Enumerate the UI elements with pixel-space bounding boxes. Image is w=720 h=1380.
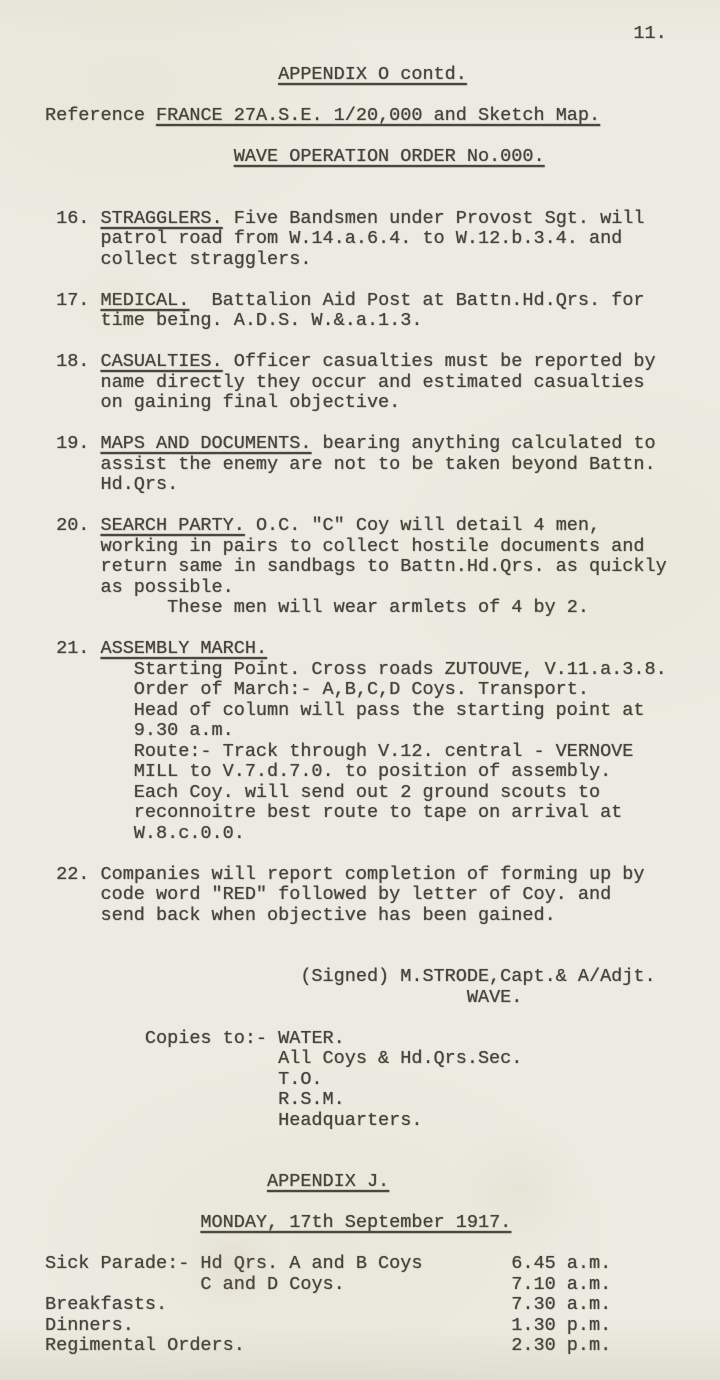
order-number: 19.: [56, 433, 89, 454]
appendix-o-heading-text: APPENDIX O contd.: [278, 64, 467, 85]
order-text: bearing anything calculated to: [311, 433, 655, 454]
order-text-line: W.8.c.0.0.: [101, 824, 715, 845]
schedule-item-label: Dinners.: [45, 1316, 511, 1337]
order-heading: CASUALTIES.: [101, 351, 223, 372]
order-heading: MAPS AND DOCUMENTS.: [101, 433, 312, 454]
order-item: 20. SEARCH PARTY. O.C. "C" Coy will deta…: [45, 516, 714, 619]
order-item: 21. ASSEMBLY MARCH. Starting Point. Cros…: [45, 639, 714, 844]
order-text: Officer casualties must be reported by: [223, 351, 656, 372]
reference-map: FRANCE 27A.S.E. 1/20,000 and Sketch Map.: [156, 105, 600, 126]
copies-first-line: Copies to:- WATER.: [145, 1029, 714, 1050]
copies-block: Copies to:- WATER. All Coys & Hd.Qrs.Sec…: [45, 1029, 714, 1132]
order-text-line: send back when objective has been gained…: [101, 906, 715, 927]
schedule-time: 1.30 p.m.: [511, 1315, 611, 1336]
order-text-line: time being. A.D.S. W.&.a.1.3.: [101, 311, 715, 332]
order-number: 16.: [56, 208, 89, 229]
order-heading: SEARCH PARTY.: [101, 515, 245, 536]
order-item: 19. MAPS AND DOCUMENTS. bearing anything…: [45, 434, 714, 496]
document-page: 11. APPENDIX O contd. Reference FRANCE 2…: [0, 0, 720, 1380]
order-text-line: working in pairs to collect hostile docu…: [101, 537, 715, 558]
schedule-time: 7.10 a.m.: [511, 1274, 611, 1295]
copies-recipient: T.O.: [278, 1070, 714, 1091]
order-text-line: as possible.: [101, 578, 715, 599]
order-first-line: 16. STRAGGLERS. Five Bandsmen under Prov…: [56, 209, 714, 230]
orders-list: 16. STRAGGLERS. Five Bandsmen under Prov…: [45, 209, 714, 927]
order-text-line: Starting Point. Cross roads ZUTOUVE, V.1…: [101, 660, 715, 681]
order-item: 18. CASUALTIES. Officer casualties must …: [45, 352, 714, 414]
order-number: 22.: [56, 864, 89, 885]
signature-block: (Signed) M.STRODE,Capt.& A/Adjt. WAVE.: [45, 967, 714, 1008]
copies-label: Copies to:-: [145, 1028, 278, 1049]
reference-label: Reference: [45, 105, 156, 126]
appendix-j-heading: APPENDIX J.: [267, 1172, 714, 1193]
copies-recipient: All Coys & Hd.Qrs.Sec.: [278, 1049, 714, 1070]
order-item: 17. MEDICAL. Battalion Aid Post at Battn…: [45, 291, 714, 332]
schedule-item-label: C and D Coys.: [45, 1275, 511, 1296]
signature-unit: WAVE.: [467, 988, 714, 1009]
order-text-line: patrol road from W.14.a.6.4. to W.12.b.3…: [101, 229, 715, 250]
order-first-line: 19. MAPS AND DOCUMENTS. bearing anything…: [56, 434, 714, 455]
order-item: 16. STRAGGLERS. Five Bandsmen under Prov…: [45, 209, 714, 271]
order-first-line: 22. Companies will report completion of …: [56, 865, 714, 886]
order-first-line: 17. MEDICAL. Battalion Aid Post at Battn…: [56, 291, 714, 312]
schedule-row: Dinners.1.30 p.m.: [45, 1316, 714, 1337]
order-item: 22. Companies will report completion of …: [45, 865, 714, 927]
copies-recipient: WATER.: [278, 1028, 345, 1049]
order-text-line: on gaining final objective.: [101, 393, 715, 414]
order-text-line: reconnoitre best route to tape on arriva…: [101, 803, 715, 824]
order-text-line: Route:- Track through V.12. central - VE…: [101, 742, 715, 763]
schedule-time: 6.45 a.m.: [511, 1253, 611, 1274]
order-text-line: code word "RED" followed by letter of Co…: [101, 885, 715, 906]
order-text-line: 9.30 a.m.: [101, 721, 715, 742]
order-text-line: Order of March:- A,B,C,D Coys. Transport…: [101, 680, 715, 701]
appendix-o-heading: APPENDIX O contd.: [278, 65, 714, 86]
order-text: Five Bandsmen under Provost Sgt. will: [223, 208, 645, 229]
schedule-table: Sick Parade:- Hd Qrs. A and B Coys6.45 a…: [45, 1254, 714, 1357]
order-heading: MEDICAL.: [101, 290, 190, 311]
order-number: 21.: [56, 638, 89, 659]
order-text: Companies will report completion of form…: [101, 864, 645, 885]
appendix-j-heading-text: APPENDIX J.: [267, 1171, 389, 1192]
order-heading: STRAGGLERS.: [101, 208, 223, 229]
schedule-item-label: Breakfasts.: [45, 1295, 511, 1316]
order-text-line: collect stragglers.: [101, 250, 715, 271]
order-first-line: 18. CASUALTIES. Officer casualties must …: [56, 352, 714, 373]
schedule-item-label: Sick Parade:- Hd Qrs. A and B Coys: [45, 1254, 511, 1275]
schedule-row: Sick Parade:- Hd Qrs. A and B Coys6.45 a…: [45, 1254, 714, 1275]
order-text: O.C. "C" Coy will detail 4 men,: [245, 515, 600, 536]
schedule-time: 2.30 p.m.: [511, 1335, 611, 1356]
order-text-line: MILL to V.7.d.7.0. to position of assemb…: [101, 762, 715, 783]
order-text-line: assist the enemy are not to be taken bey…: [101, 455, 715, 476]
operation-order-heading: WAVE OPERATION ORDER No.000.: [234, 147, 714, 168]
order-first-line: 20. SEARCH PARTY. O.C. "C" Coy will deta…: [56, 516, 714, 537]
schedule-time: 7.30 a.m.: [511, 1294, 611, 1315]
order-heading: ASSEMBLY MARCH.: [101, 638, 268, 659]
operation-order-heading-text: WAVE OPERATION ORDER No.000.: [234, 146, 545, 167]
copies-recipient: R.S.M.: [278, 1090, 714, 1111]
order-first-line: 21. ASSEMBLY MARCH.: [56, 639, 714, 660]
order-text-line: These men will wear armlets of 4 by 2.: [101, 598, 715, 619]
reference-line: Reference FRANCE 27A.S.E. 1/20,000 and S…: [45, 106, 714, 127]
order-text-line: Hd.Qrs.: [101, 475, 715, 496]
order-text-line: name directly they occur and estimated c…: [101, 373, 715, 394]
copies-recipients: All Coys & Hd.Qrs.Sec.T.O.R.S.M.Headquar…: [45, 1049, 714, 1131]
date-heading-text: MONDAY, 17th September 1917.: [200, 1212, 511, 1233]
order-number: 20.: [56, 515, 89, 536]
page-number: 11.: [633, 24, 714, 45]
order-text: Battalion Aid Post at Battn.Hd.Qrs. for: [189, 290, 644, 311]
schedule-row: Breakfasts.7.30 a.m.: [45, 1295, 714, 1316]
order-text-line: Each Coy. will send out 2 ground scouts …: [101, 783, 715, 804]
order-text-line: Head of column will pass the starting po…: [101, 701, 715, 722]
schedule-item-label: Regimental Orders.: [45, 1336, 511, 1357]
schedule-row: Regimental Orders.2.30 p.m.: [45, 1336, 714, 1357]
date-heading: MONDAY, 17th September 1917.: [200, 1213, 714, 1234]
schedule-row: C and D Coys.7.10 a.m.: [45, 1275, 714, 1296]
signed-line: (Signed) M.STRODE,Capt.& A/Adjt.: [300, 967, 714, 988]
order-number: 17.: [56, 290, 89, 311]
copies-recipient: Headquarters.: [278, 1111, 714, 1132]
order-number: 18.: [56, 351, 89, 372]
order-text-line: return same in sandbags to Battn.Hd.Qrs.…: [101, 557, 715, 578]
